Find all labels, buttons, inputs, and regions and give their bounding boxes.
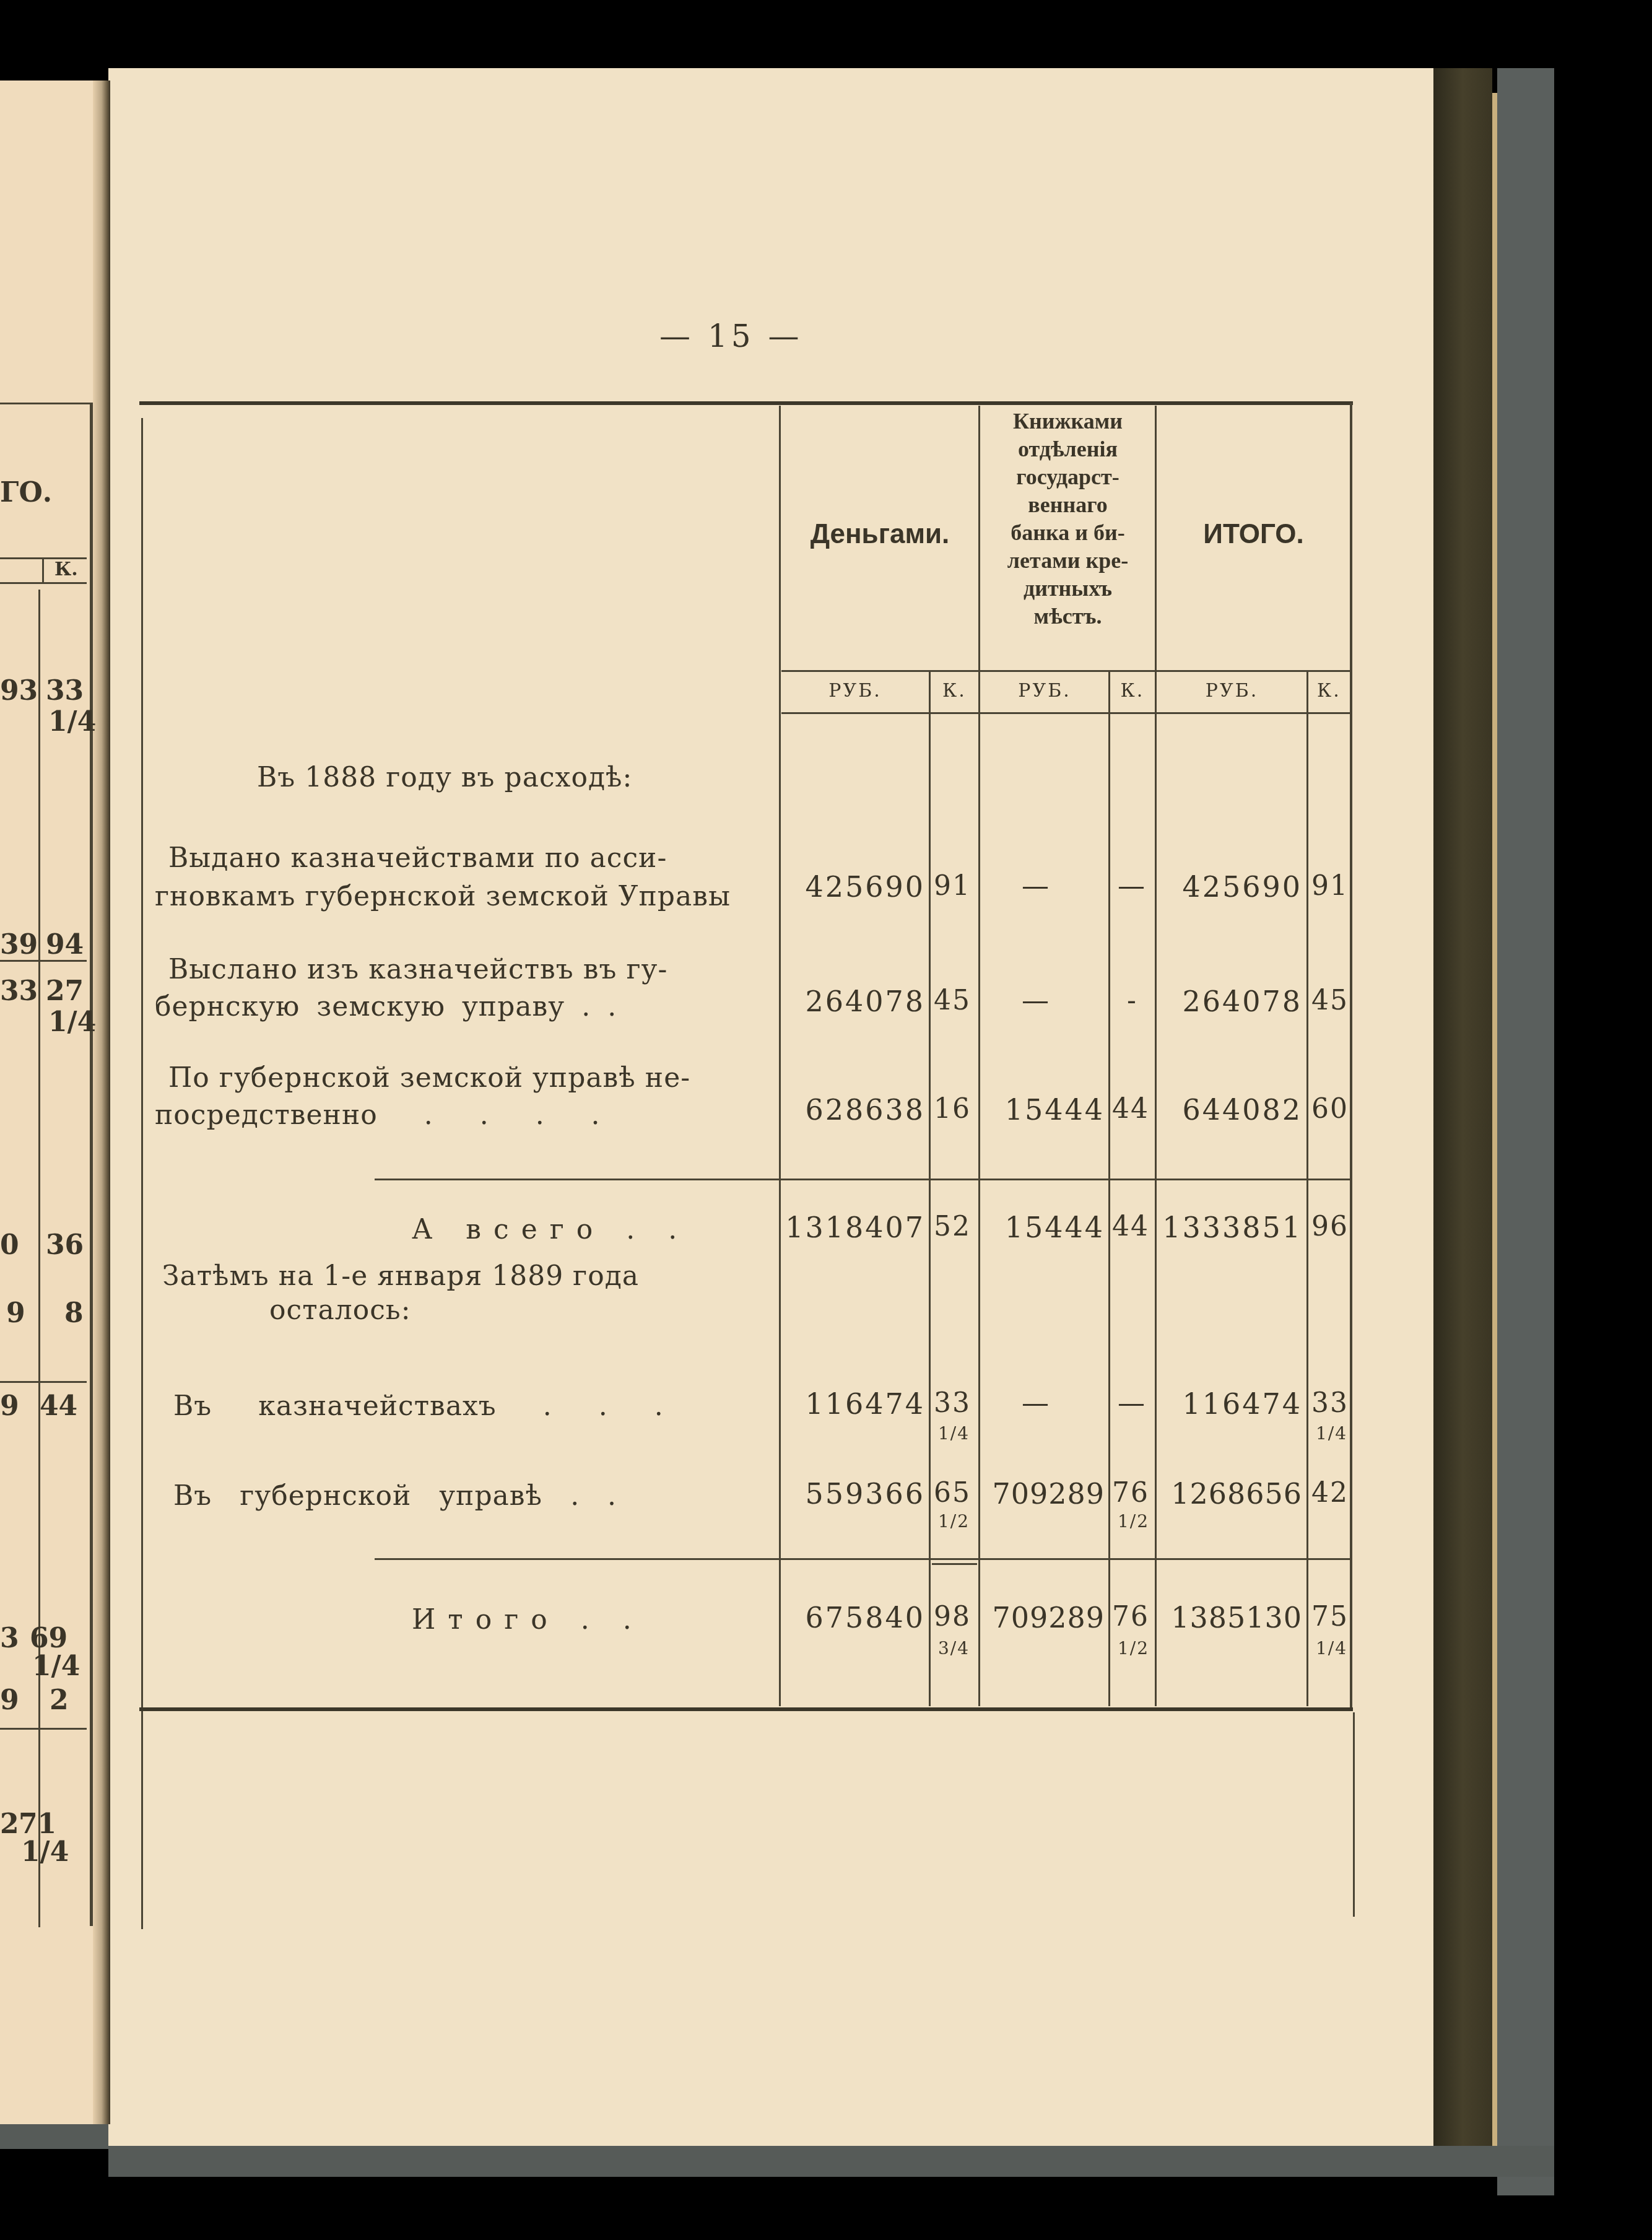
left-table-border bbox=[90, 403, 93, 1926]
table-top-rule bbox=[139, 401, 1353, 405]
table-right-border bbox=[1350, 403, 1352, 1709]
cell-total-kop: 60 bbox=[1311, 1093, 1349, 1125]
header-line: банка и би- bbox=[981, 519, 1155, 547]
left-value: 39 bbox=[0, 929, 38, 961]
left-value: 0 bbox=[0, 1229, 19, 1261]
left-value: 9 bbox=[0, 1390, 19, 1422]
page-block-edge bbox=[1433, 68, 1492, 2152]
cell-books-kop: 44 bbox=[1112, 1211, 1149, 1242]
subheader-kop: К. bbox=[1308, 680, 1350, 702]
cell-money-kop: 52 bbox=[934, 1211, 971, 1242]
cell-total-rub: 1268656 bbox=[1157, 1477, 1302, 1510]
left-table-top-rule bbox=[0, 403, 93, 404]
cell-total-frac: 1/4 bbox=[1316, 1638, 1347, 1658]
subtotal-label: А всего . . bbox=[412, 1211, 689, 1249]
header-line: отдѣленія bbox=[981, 435, 1155, 463]
row-label: Выслано изъ казначействъ въ гу- bbox=[168, 951, 667, 989]
cell-total-rub: 1385130 bbox=[1157, 1601, 1302, 1634]
cell-money-kop: 91 bbox=[934, 870, 971, 902]
col-divider-books bbox=[1155, 406, 1157, 1706]
cell-total-kop: 33 bbox=[1311, 1387, 1349, 1419]
header-rule bbox=[781, 670, 1350, 672]
left-value: 27 bbox=[46, 975, 84, 1007]
left-value: 3 bbox=[0, 1623, 19, 1654]
cell-books-kop: 76 bbox=[1112, 1601, 1149, 1632]
table-left-border bbox=[141, 418, 143, 1929]
cell-money-rub: 675840 bbox=[781, 1601, 925, 1634]
row-label: Въ губернской управѣ . . bbox=[173, 1477, 617, 1515]
subheader-kop: К. bbox=[931, 680, 978, 702]
header-line: летами кре- bbox=[981, 547, 1155, 575]
cell-books-kop: 76 bbox=[1112, 1477, 1149, 1509]
row-label: По губернской земской управѣ не- bbox=[168, 1059, 690, 1097]
cell-books-rub: — bbox=[1022, 985, 1050, 1016]
cell-books-rub: 709289 bbox=[981, 1477, 1105, 1510]
cell-money-rub: 1318407 bbox=[781, 1211, 925, 1244]
subheader-rub: РУБ. bbox=[781, 680, 929, 702]
cell-money-rub: 116474 bbox=[781, 1387, 925, 1421]
cell-books-kop: — bbox=[1118, 1387, 1146, 1419]
col-divider-label bbox=[779, 406, 781, 1706]
header-line: государст- bbox=[981, 463, 1155, 491]
left-rule bbox=[0, 960, 87, 962]
subtotal-rule bbox=[375, 1179, 1350, 1180]
row-label: Выдано казначействами по асси- bbox=[168, 839, 667, 878]
cell-money-rub: 264078 bbox=[781, 985, 925, 1018]
cell-money-rub: 559366 bbox=[781, 1477, 925, 1510]
cell-books-kop: - bbox=[1127, 985, 1137, 1016]
cell-money-rub: 628638 bbox=[781, 1093, 925, 1127]
row-label: гновкамъ губернской земской Управы bbox=[155, 878, 731, 916]
cell-money-frac: 1/4 bbox=[938, 1423, 970, 1444]
cell-books-kop: 44 bbox=[1112, 1093, 1149, 1125]
left-col-divider bbox=[38, 590, 40, 1927]
left-value: 33 bbox=[46, 675, 84, 707]
cell-books-frac: 1/2 bbox=[1118, 1638, 1149, 1658]
cell-total-rub: 116474 bbox=[1157, 1387, 1302, 1421]
book-cover-bottom bbox=[108, 2146, 1554, 2177]
left-kop-label: К. bbox=[54, 559, 78, 580]
left-rule bbox=[0, 1728, 87, 1730]
left-header-fragment: ГО. bbox=[0, 477, 52, 508]
cell-money-frac: 1/2 bbox=[938, 1511, 970, 1532]
col-divider-money bbox=[978, 406, 980, 1706]
cell-money-kop: 16 bbox=[934, 1093, 971, 1125]
left-value: 94 bbox=[46, 929, 84, 961]
cell-money-rub: 425690 bbox=[781, 870, 925, 904]
column-header-books: Книжками отдѣленія государст- веннаго ба… bbox=[981, 407, 1155, 630]
left-value: 93 bbox=[0, 675, 38, 707]
column-header-total: ИТОГО. bbox=[1157, 519, 1350, 550]
cell-books-rub: 15444 bbox=[981, 1093, 1105, 1127]
left-value: 9 bbox=[6, 1297, 25, 1329]
remainder-title: Затѣмъ на 1-е января 1889 года bbox=[162, 1257, 639, 1296]
left-value: 9 bbox=[0, 1684, 19, 1716]
col-divider-total-kop bbox=[1306, 672, 1308, 1706]
cell-books-rub: 709289 bbox=[981, 1601, 1105, 1634]
left-rule bbox=[0, 1381, 87, 1383]
header-line: мѣстъ. bbox=[981, 603, 1155, 630]
left-col-divider bbox=[42, 557, 44, 582]
row-label: бернскую земскую управу . . bbox=[155, 988, 617, 1026]
left-cover-edge bbox=[0, 2124, 108, 2149]
remainder-title: осталось: bbox=[269, 1291, 411, 1330]
left-value: 2 bbox=[50, 1684, 69, 1716]
cell-money-kop: 33 bbox=[934, 1387, 971, 1419]
left-value: 69 bbox=[30, 1623, 67, 1654]
left-fraction: 1/4 bbox=[48, 1006, 96, 1038]
col-divider-books-kop bbox=[1108, 672, 1110, 1706]
subheader-rub: РУБ. bbox=[1157, 680, 1306, 702]
left-fraction: 1/4 bbox=[32, 1650, 80, 1682]
cell-total-rub: 1333851 bbox=[1157, 1211, 1302, 1244]
book-cover bbox=[1497, 68, 1554, 2195]
cell-books-rub: 15444 bbox=[981, 1211, 1105, 1244]
cell-total-kop: 91 bbox=[1311, 870, 1349, 902]
cell-money-kop: 98 bbox=[934, 1601, 971, 1632]
book-gutter bbox=[93, 81, 110, 2124]
cell-books-kop: — bbox=[1118, 870, 1146, 902]
page-edge-highlight bbox=[1492, 93, 1497, 2149]
cell-total-kop: 96 bbox=[1311, 1211, 1349, 1242]
left-value: 44 bbox=[40, 1390, 77, 1422]
subheader-rub: РУБ. bbox=[981, 680, 1108, 702]
left-fraction: 1/4 bbox=[48, 706, 96, 738]
row-label: Въ казначействахъ . . . bbox=[173, 1387, 664, 1426]
left-value: 8 bbox=[64, 1297, 84, 1329]
table-bottom-rule bbox=[139, 1707, 1353, 1711]
table-right-extension bbox=[1353, 1712, 1355, 1917]
cell-books-rub: — bbox=[1022, 1387, 1050, 1419]
column-header-money: Деньгами. bbox=[781, 519, 978, 550]
cell-total-kop: 42 bbox=[1311, 1477, 1349, 1509]
cell-money-kop: 45 bbox=[934, 985, 971, 1016]
header-line: веннаго bbox=[981, 491, 1155, 519]
cell-books-frac: 1/2 bbox=[1118, 1511, 1149, 1532]
left-rule bbox=[0, 582, 87, 584]
left-value: 36 bbox=[46, 1229, 84, 1261]
row-label: посредственно . . . . bbox=[155, 1096, 601, 1135]
header-line: Книжками bbox=[981, 407, 1155, 435]
left-value: 2 bbox=[0, 1808, 19, 1840]
grand-total-label: Итого . . bbox=[412, 1601, 644, 1639]
left-value: 71 bbox=[19, 1808, 56, 1840]
section-title: Въ 1888 году въ расходѣ: bbox=[257, 759, 632, 797]
cell-total-rub: 264078 bbox=[1157, 985, 1302, 1018]
cell-money-kop: 65 bbox=[934, 1477, 971, 1509]
cell-total-kop: 45 bbox=[1311, 985, 1349, 1016]
col-divider-money-kop bbox=[929, 672, 931, 1706]
left-fraction: 1/4 bbox=[21, 1836, 69, 1868]
left-value: 33 bbox=[0, 975, 38, 1007]
cell-total-rub: 425690 bbox=[1157, 870, 1302, 904]
subheader-rule bbox=[781, 712, 1350, 714]
cell-books-rub: — bbox=[1022, 870, 1050, 902]
subheader-kop: К. bbox=[1110, 680, 1155, 702]
header-line: дитныхъ bbox=[981, 575, 1155, 603]
cell-money-frac: 3/4 bbox=[938, 1638, 970, 1658]
cell-total-rub: 644082 bbox=[1157, 1093, 1302, 1127]
cell-total-frac: 1/4 bbox=[1316, 1423, 1347, 1444]
grand-total-double-rule bbox=[932, 1563, 977, 1565]
cell-total-kop: 75 bbox=[1311, 1601, 1349, 1632]
grand-total-rule bbox=[375, 1558, 1350, 1560]
page-number: — 15 — bbox=[659, 319, 802, 355]
